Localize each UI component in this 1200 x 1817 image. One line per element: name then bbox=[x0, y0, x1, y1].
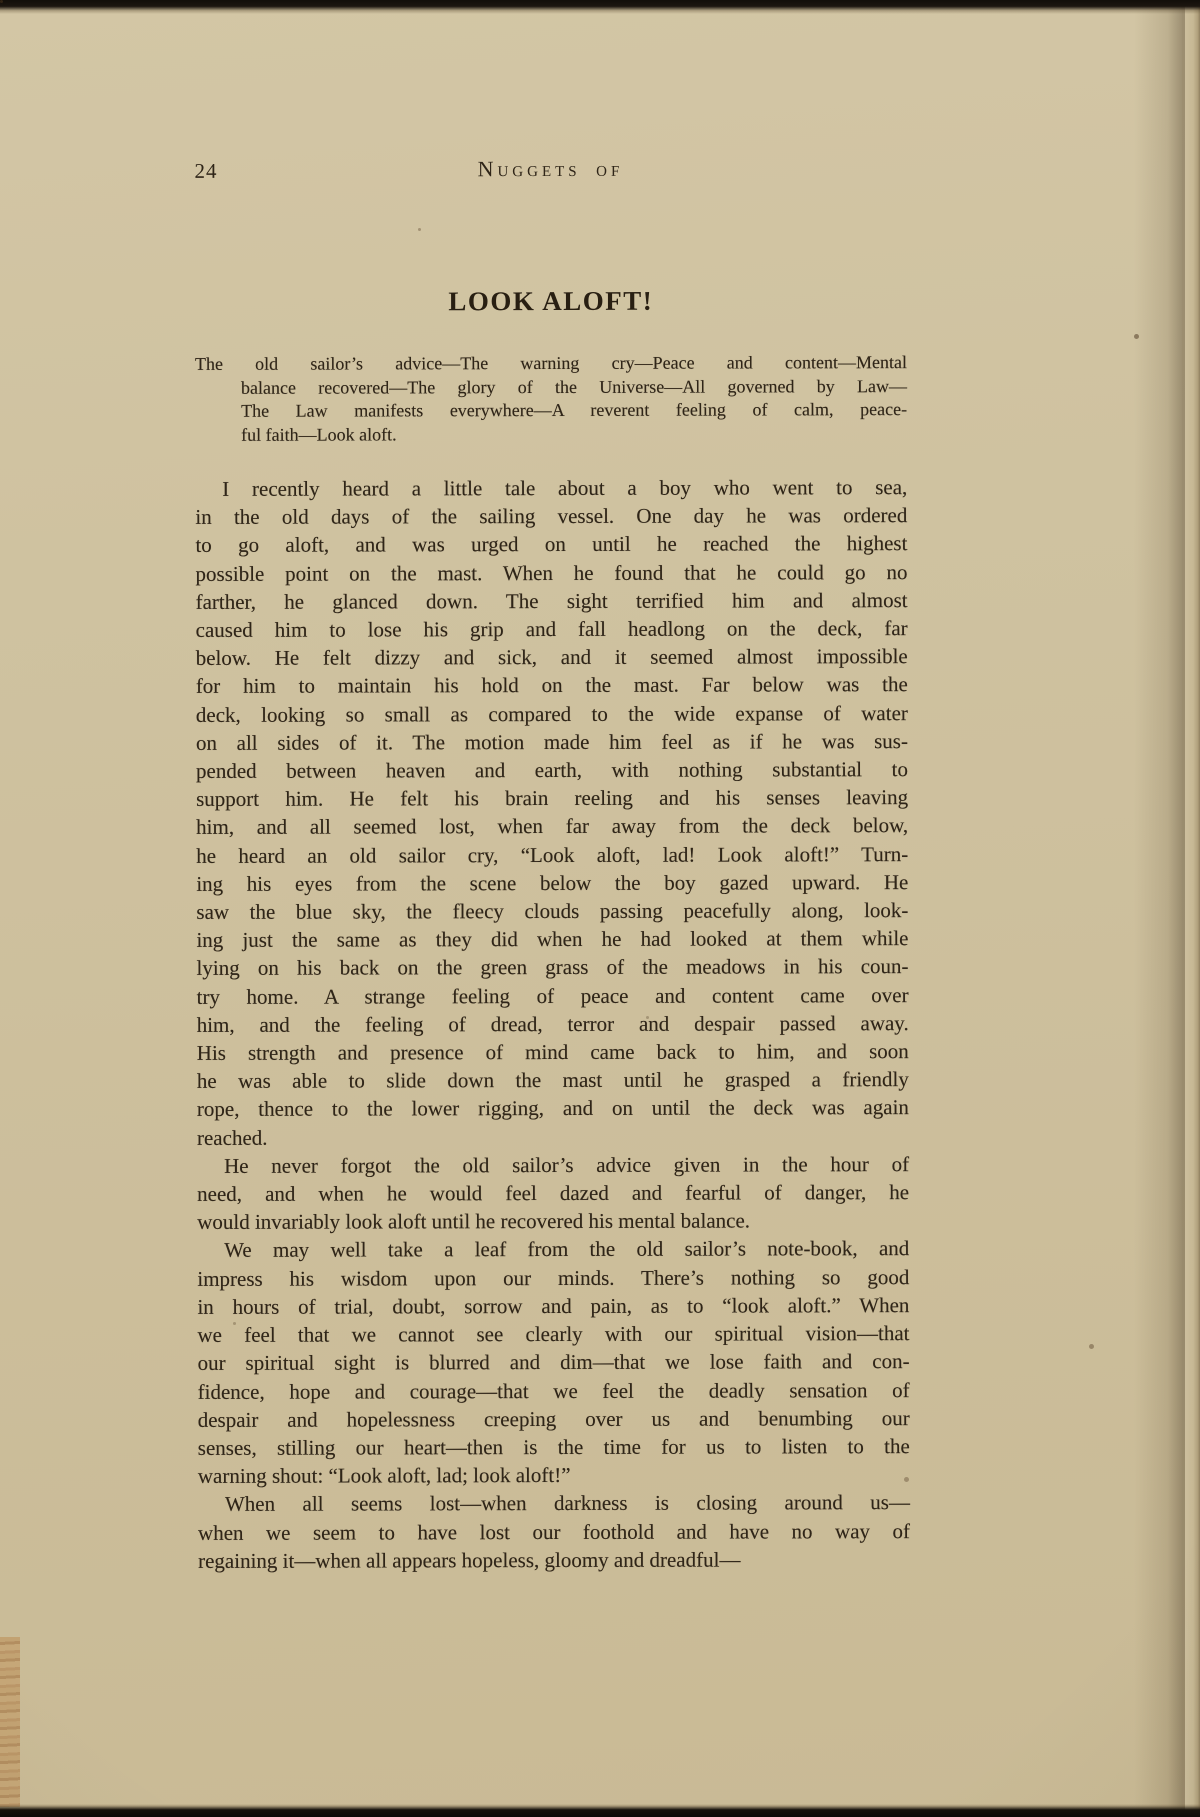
text-line: need, and when he would feel dazed and f… bbox=[197, 1178, 909, 1208]
text-line: ful faith—Look aloft. bbox=[241, 422, 907, 447]
text-line: warning shout: “Look aloft, lad; look al… bbox=[198, 1460, 910, 1490]
text-line: him, and the feeling of dread, terror an… bbox=[197, 1009, 909, 1039]
text-line: caused him to lose his grip and fall hea… bbox=[196, 614, 908, 644]
text-line: would invariably look aloft until he rec… bbox=[197, 1206, 909, 1236]
text-line: in hours of trial, doubt, sorrow and pai… bbox=[197, 1291, 909, 1321]
text-line: rope, thence to the lower rigging, and o… bbox=[197, 1094, 909, 1124]
text-line: support him. He felt his brain reeling a… bbox=[196, 783, 908, 813]
running-header: Nuggets of bbox=[194, 155, 906, 183]
paragraph: We may well take a leaf from the old sai… bbox=[197, 1235, 910, 1491]
text-line: He never forgot the old sailor’s advice … bbox=[197, 1150, 909, 1180]
page-leaves-left-edge bbox=[0, 1637, 20, 1807]
text-line: I recently heard a little tale about a b… bbox=[195, 473, 907, 503]
text-line: balance recovered—The glory of the Unive… bbox=[241, 375, 907, 400]
text-line: We may well take a leaf from the old sai… bbox=[197, 1235, 909, 1265]
text-line: below. He felt dizzy and sick, and it se… bbox=[196, 642, 908, 672]
scan-dark-bar-bottom bbox=[0, 1804, 1200, 1817]
text-line: ing his eyes from the scene below the bo… bbox=[196, 868, 908, 898]
text-line: pended between heaven and earth, with no… bbox=[196, 755, 908, 785]
body-text: I recently heard a little tale about a b… bbox=[195, 473, 910, 1575]
text-line: he was able to slide down the mast until… bbox=[197, 1065, 909, 1095]
text-line: His strength and presence of mind came b… bbox=[197, 1037, 909, 1067]
text-line: saw the blue sky, the fleecy clouds pass… bbox=[196, 896, 908, 926]
scanned-book-page: 24 Nuggets of LOOK ALOFT! The old sailor… bbox=[0, 0, 1200, 1817]
text-line: farther, he glanced down. The sight terr… bbox=[196, 586, 908, 616]
text-line: him, and all seemed lost, when far away … bbox=[196, 812, 908, 842]
text-line: ing just the same as they did when he ha… bbox=[196, 924, 908, 954]
text-line: on all sides of it. The motion made him … bbox=[196, 727, 908, 757]
text-line: for him to maintain his hold on the mast… bbox=[196, 670, 908, 700]
page-curl-shadow bbox=[1134, 0, 1182, 1817]
adjacent-page-edge bbox=[1185, 0, 1200, 1817]
text-line: impress his wisdom upon our minds. There… bbox=[197, 1263, 909, 1293]
text-line: try home. A strange feeling of peace and… bbox=[197, 981, 909, 1011]
text-line: fidence, hope and courage—that we feel t… bbox=[198, 1376, 910, 1406]
text-line: when we seem to have lost our foothold a… bbox=[198, 1517, 910, 1547]
text-line: deck, looking so small as compared to th… bbox=[196, 699, 908, 729]
text-line: reached. bbox=[197, 1122, 909, 1152]
text-line: despair and hopelessness creeping over u… bbox=[198, 1404, 910, 1434]
chapter-synopsis: The old sailor’s advice—The warning cry—… bbox=[195, 351, 907, 447]
scan-dark-bar-top bbox=[0, 0, 1200, 14]
paragraph: I recently heard a little tale about a b… bbox=[195, 473, 909, 1152]
text-line: in the old days of the sailing vessel. O… bbox=[195, 501, 907, 531]
text-line: The old sailor’s advice—The warning cry—… bbox=[195, 351, 907, 376]
text-line: we feel that we cannot see clearly with … bbox=[197, 1319, 909, 1349]
text-line: regaining it—when all appears hopeless, … bbox=[198, 1545, 910, 1575]
chapter-title: LOOK ALOFT! bbox=[195, 285, 907, 318]
text-line: lying on his back on the green grass of … bbox=[196, 953, 908, 983]
paper-specks bbox=[0, 0, 3, 3]
text-line: The Law manifests everywhere—A reverent … bbox=[241, 398, 907, 423]
text-line: When all seems lost—when darkness is clo… bbox=[198, 1488, 910, 1518]
page-header: 24 Nuggets of bbox=[194, 157, 906, 185]
text-line: to go aloft, and was urged on until he r… bbox=[195, 529, 907, 559]
text-line: he heard an old sailor cry, “Look aloft,… bbox=[196, 840, 908, 870]
paragraph: He never forgot the old sailor’s advice … bbox=[197, 1150, 909, 1236]
text-line: possible point on the mast. When he foun… bbox=[195, 558, 907, 588]
text-line: senses, stilling our heart—then is the t… bbox=[198, 1432, 910, 1462]
paragraph: When all seems lost—when darkness is clo… bbox=[198, 1488, 910, 1574]
book-binding-left-edge bbox=[0, 0, 26, 1817]
text-line: our spiritual sight is blurred and dim—t… bbox=[198, 1347, 910, 1377]
